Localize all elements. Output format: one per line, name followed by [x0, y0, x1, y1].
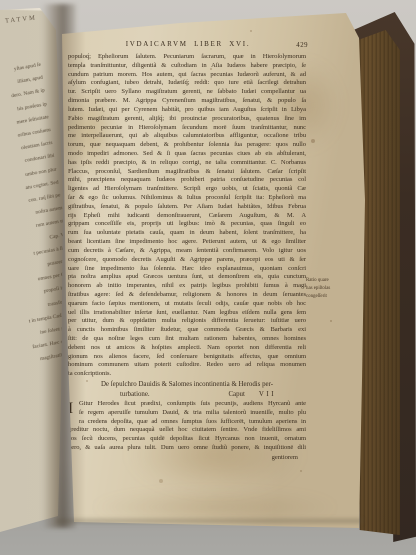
text-line: beant licentiam ſine impedimento hoc age… [68, 238, 306, 247]
page-title: IVDAICARVM LIBER XVI. [68, 40, 308, 48]
text-line: ſtit: de qua noſtræ leges cum ſint multa… [68, 335, 306, 344]
margin-note-line: congeſſerit [306, 293, 354, 301]
left-page-header-fragment: TATVM [5, 14, 37, 24]
chapter-paragraph-lines: Gitur Herodes ſicut prædixi, conſumptis … [68, 400, 306, 453]
text-line: Fabio magiſtratum gerenti, alijſq́; ibi … [68, 115, 306, 124]
margin-note: Ratio quarehas epiſtolascongeſſerit [306, 277, 354, 301]
text-line: cum decretis à Cæſare, & Agrippa, meam ſ… [68, 247, 306, 256]
text-line: cos ſecũ ducens, pecunias quidē depoſita… [68, 435, 306, 444]
text-line: dimonia præbere. M. Agrippa Cyrenenſium … [68, 97, 306, 106]
text-line: ſar & ego ſic uolumus. Nihilominus & Iul… [68, 194, 306, 203]
text-line: mihi, præcipiens nequaquam Iudæos prohib… [68, 176, 306, 185]
chapter-label: Caput [228, 391, 244, 398]
text-line: à cunctis hominibus ſimiliter ſtudetur, … [68, 326, 306, 335]
text-line: cognoſcere, quomodo decretis Auguſti & A… [68, 256, 306, 265]
text-line: per utitur, dum & oppidatim multa religi… [68, 317, 306, 326]
page-bottom-shadow [56, 519, 362, 523]
chapter-number: VII [259, 391, 276, 398]
text-line: modo impediri admoneo. Sed & ſi quas ſac… [68, 150, 306, 159]
text-line: ſtratibus agere: ſed & defendebamur, rel… [68, 291, 306, 300]
text-line: lutem. Iudæi, qui per Cyrenem habitãt, p… [68, 106, 306, 115]
text-line: torum, quæ nequaquam debent, & prohibent… [68, 141, 306, 150]
chapter-heading-line2: turbatione. CaputVII [68, 391, 306, 398]
text-line: uel illis irrationabiliter inſertæ ſunt,… [68, 309, 306, 318]
folio-number: 429 [296, 42, 308, 49]
running-header: IVDAICARVM LIBER XVI. 429 [68, 40, 308, 50]
chapter-heading-line1: De ſepulchro Dauidis & Salomes incontine… [68, 381, 306, 388]
chapter-paragraph: I Gitur Herodes ſicut prædixi, conſumpti… [68, 400, 306, 453]
catchword: gentiorem [76, 454, 298, 461]
text-line: ra credens depoſita, quæ ad omnes ſumptu… [68, 418, 306, 427]
text-line: hominum communem uitam poterit cuſtodire… [68, 361, 306, 370]
margin-note-line: Ratio quare [306, 277, 354, 285]
body-text-block: populoq́; Epheſiorum ſalutem. Pecuniarum… [68, 53, 306, 379]
text-line: honorem ab initio imperantes, nihil ex p… [68, 282, 306, 291]
text-line: Flaccus, proconſul, Sardienſium magiſtra… [68, 168, 306, 177]
chapter-caption: CaputVII [228, 391, 276, 398]
text-line: uero, & uaſa aurea plura tulit. Dum uero… [68, 444, 306, 453]
text-line: aſylum confugiant, iubeo detrahi, Iudæiſ… [68, 79, 306, 88]
text-line: cundum patrium morem. Hos autem, qui ſac… [68, 71, 306, 80]
text-line: uare ſine impedimento ſua ſolennia. Hæc … [68, 265, 306, 274]
margin-note-line: has epiſtolas [306, 285, 354, 293]
text-line: giſtratibus, ſenatui, & populo ſalutem. … [68, 203, 306, 212]
text-line: templa tranſmittuntur, diligentiã & cuſt… [68, 62, 306, 71]
text-line: pta noſtra amplius apud Græcos uentura ſ… [68, 273, 306, 282]
text-line: gionum nos alienos facere, ſed conſeruar… [68, 353, 306, 362]
text-line: debent nos ut amicos & hoſpites amplecti… [68, 344, 306, 353]
text-line: grippam conceſſiſſe eis, proprijs uti le… [68, 220, 306, 229]
text-line: greditur noctu, dum nequaquã uellet hoc … [68, 426, 306, 435]
text-line: has ipſis reddi præcipio, & in reliquo c… [68, 159, 306, 168]
text-line: tur. Scripſit uero Syllano magiſtratum g… [68, 88, 306, 97]
text-line: ligentes ad Hieroſolymam tranſmittere. S… [68, 185, 306, 194]
text-line: rum ſua uoluntate pietatis cauſa, quam i… [68, 229, 306, 238]
text-line: rijs Epheſi mihi iudicanti demonſtraueru… [68, 212, 306, 221]
text-line: ſe regem aperuiſſe tumulum Dauid, & tria… [68, 409, 306, 418]
text-line: populoq́; Epheſiorum ſalutem. Pecuniarum… [68, 53, 306, 62]
text-line: Gitur Herodes ſicut prædixi, conſumptis … [68, 400, 306, 409]
text-line: me interpellauerunt, qui ab aliquibus ca… [68, 132, 306, 141]
book-photograph: TATVM yſtas apud ſeilliam, apuddero. Nam… [0, 0, 416, 555]
text-line: ta conſcriptionis. [68, 370, 306, 379]
chapter-heading-continuation: turbatione. [120, 391, 150, 398]
text-line: pedimento pecuniæ in Hieroſolymam ſecund… [68, 124, 306, 133]
text-line: quarum facio ſæpius mentionem, ut mutati… [68, 300, 306, 309]
